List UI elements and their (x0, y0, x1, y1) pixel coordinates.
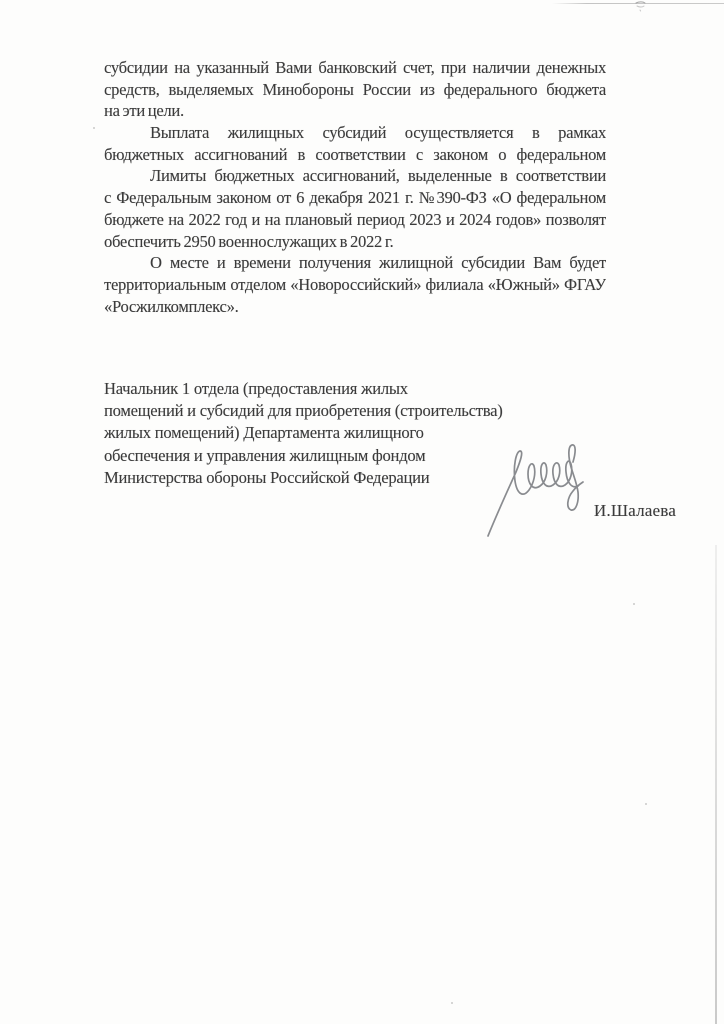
scanned-letter-page: субсидии на указанный Вами банковский сч… (0, 0, 724, 1024)
title-line: Начальник 1 отдела (предоставления жилых (104, 378, 586, 400)
scan-speck (633, 603, 635, 605)
scan-speck (93, 127, 95, 129)
handwritten-signature (472, 436, 604, 540)
scan-edge-line-right (715, 545, 717, 1024)
signer-name: И.Шалаева (500, 501, 676, 521)
title-line: помещений и субсидий для приобретения (с… (104, 400, 586, 422)
text-line: О месте и времени получения жилищной суб… (104, 252, 606, 274)
scan-speck (645, 803, 647, 805)
body-paragraph: Выплата жилищных субсидий осуществляется… (104, 122, 606, 165)
text-line: бюджетных ассигнований в соответствии с … (104, 144, 606, 166)
text-line: «Росжилкомплекс». (104, 296, 606, 318)
text-line: Выплата жилищных субсидий осуществляется… (104, 122, 606, 144)
text-line: территориальным отделом «Новороссийский»… (104, 274, 606, 296)
scan-speck (451, 1002, 453, 1004)
letter-body: субсидии на указанный Вами банковский сч… (104, 57, 606, 317)
text-line: бюджете на 2022 год и на плановый период… (104, 209, 606, 231)
ink-smudge (632, 0, 648, 15)
text-line: Лимиты бюджетных ассигнований, выделенны… (104, 165, 606, 187)
body-paragraph: субсидии на указанный Вами банковский сч… (104, 57, 606, 122)
text-line: обеспечить 2950 военнослужащих в 2022 г. (104, 231, 606, 253)
text-line: на эти цели. (104, 100, 606, 122)
text-line: с Федеральным законом от 6 декабря 2021 … (104, 187, 606, 209)
text-line: средств, выделяемых Минобороны России из… (104, 79, 606, 101)
body-paragraph: Лимиты бюджетных ассигнований, выделенны… (104, 165, 606, 252)
body-paragraph: О месте и времени получения жилищной суб… (104, 252, 606, 317)
text-line: субсидии на указанный Вами банковский сч… (104, 57, 606, 79)
